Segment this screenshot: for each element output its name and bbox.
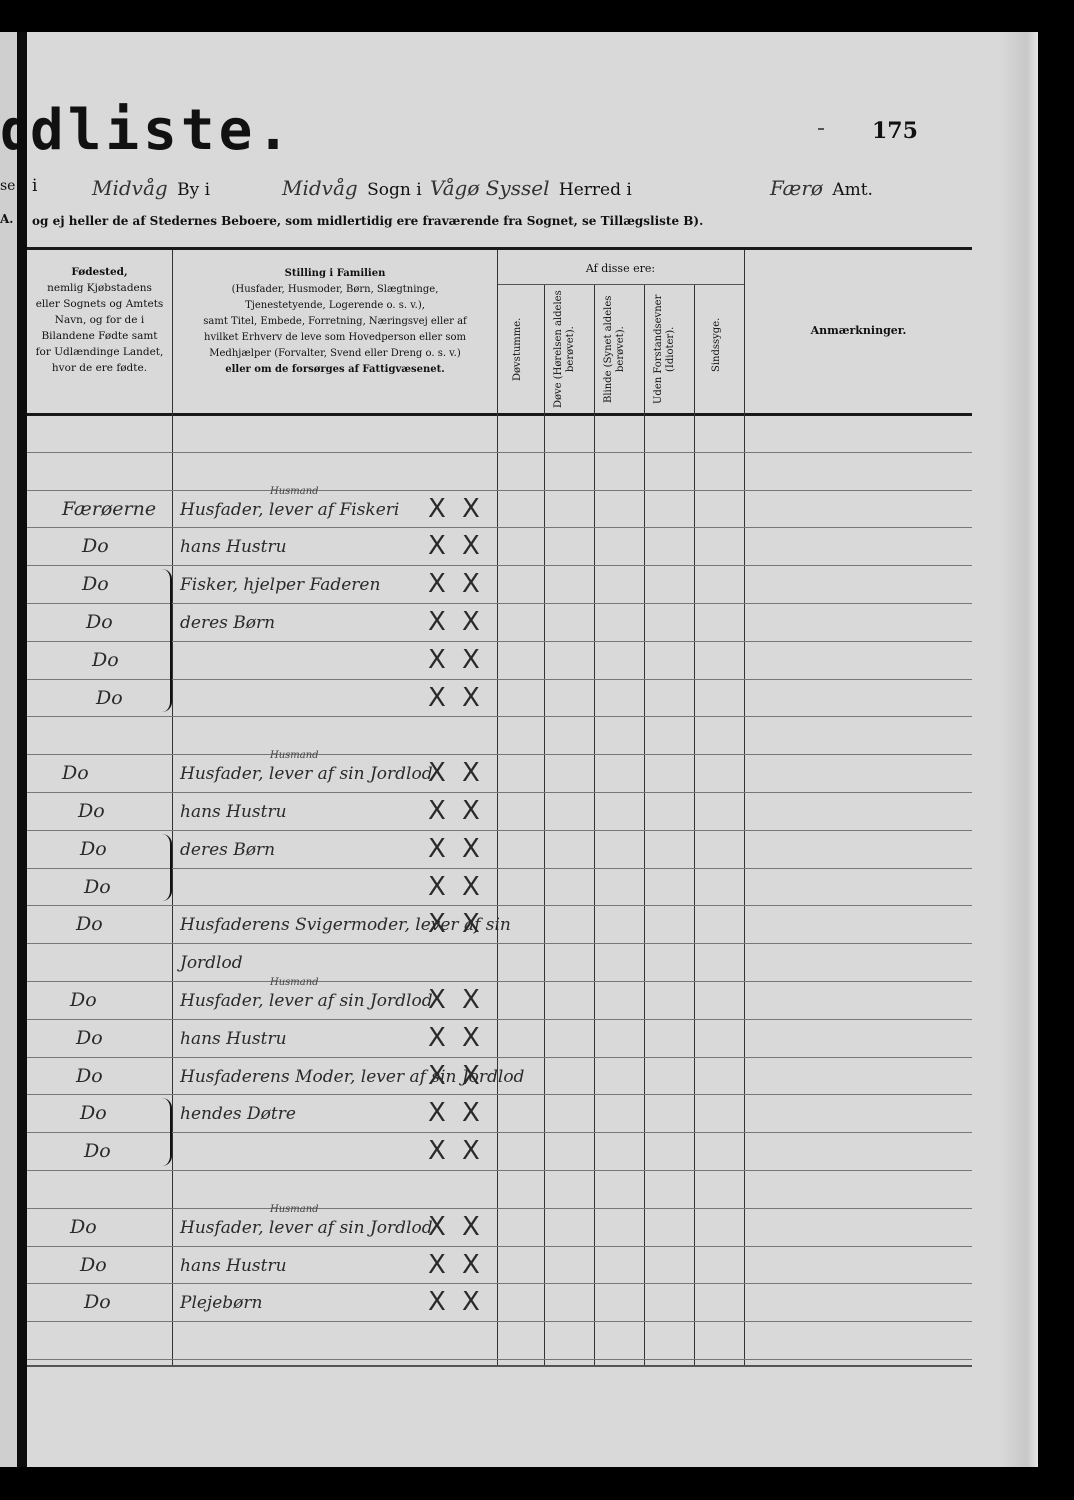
tally-mark: X [462,685,480,711]
tally-mark: X [462,1100,480,1126]
prev-page-fragment: se [0,178,15,194]
by-label: By i [177,180,210,200]
by-value: Midvåg [92,176,168,200]
position-cell: Husfader, lever af sin Jordlod [180,991,433,1011]
row-rule [27,1359,972,1360]
tally-mark: X [428,836,446,862]
header-line: hvor de ere fødte. [52,362,147,374]
header-line: Tjenestetyende, Logerende o. s. v.), [245,300,425,311]
header-condition: Uden Forstandsevner (Idioter). [653,290,683,408]
position-cell: deres Børn [180,840,275,860]
row-rule [27,830,972,831]
row-rule [27,565,972,566]
header-position: Stilling i Familien (Husfader, Husmoder,… [173,266,497,378]
birthplace-cell: Færøerne [62,498,156,520]
header-line: hvilket Erhverv de leve som Hovedperson … [204,332,466,343]
row-rule [27,1321,972,1322]
position-annotation: Husmand [270,486,319,497]
tally-mark: X [428,987,446,1013]
tally-mark: X [428,1063,446,1089]
tally-mark: X [428,1100,446,1126]
header-line: nemlig Kjøbstadens [47,282,152,294]
tally-mark: X [428,533,446,559]
herred-label: Herred i [559,180,632,200]
tally-mark: X [428,874,446,900]
page-edge-shadow [1000,32,1038,1467]
tally-mark: X [462,760,480,786]
tally-mark: X [462,609,480,635]
previous-page-edge [0,32,17,1467]
birthplace-cell: Do [80,1254,107,1276]
row-rule [27,490,972,491]
tally-mark: X [462,1025,480,1051]
prev-page-fragment: A. [0,212,14,226]
tally-mark: X [462,571,480,597]
tally-mark: X [462,1214,480,1240]
row-rule [27,905,972,906]
birthplace-cell: Do [76,1065,103,1087]
header-line: Bilandene Fødte samt [41,330,157,342]
row-rule [27,981,972,982]
tally-mark: X [428,609,446,635]
position-annotation: Husmand [270,977,319,988]
title-prefix-prev-page: d [0,98,17,163]
tally-mark: X [462,1138,480,1164]
birthplace-cell: Do [80,1102,107,1124]
position-annotation: Husmand [270,1204,319,1215]
birthplace-cell: Do [82,573,109,595]
position-cell: Husfader, lever af sin Jordlod [180,764,433,784]
position-cell: Plejebørn [180,1293,262,1313]
header-birthplace-title: Fødested, [71,266,127,278]
position-cell: Fisker, hjelper Faderen [180,575,380,595]
header-line: (Husfader, Husmoder, Børn, Slægtninge, [232,284,439,295]
row-rule [27,1057,972,1058]
header-condition: Blinde (Synet aldeles berøvet). [603,290,633,408]
birthplace-cell: Do [62,762,89,784]
col-divider [644,285,645,1365]
birthplace-cell: Do [86,611,113,633]
sogn-label: Sogn i [367,180,422,200]
col-divider [694,285,695,1365]
birthplace-cell: Do [82,535,109,557]
tally-mark: X [462,874,480,900]
col-divider [497,250,498,1365]
row-rule [27,1019,972,1020]
tally-mark: X [462,533,480,559]
tally-mark: X [462,496,480,522]
position-cell: hans Hustru [180,1029,287,1049]
birthplace-cell: Do [96,687,123,709]
birthplace-cell: Do [70,1216,97,1238]
header-condition: Sindssyge. [711,300,727,390]
grouping-brace [160,569,172,712]
tally-mark: X [428,496,446,522]
position-cell: Husfader, lever af Fiskeri [180,500,399,520]
position-annotation: Husmand [270,750,319,761]
birthplace-cell: Do [84,876,111,898]
col-divider [172,250,173,1365]
birthplace-cell: Do [84,1140,111,1162]
birthplace-cell: Do [92,649,119,671]
dash-mark [818,128,824,130]
row-rule [27,754,972,755]
position-cell: Jordlod [180,953,243,973]
header-line: Navn, og for de i [55,314,144,326]
location-amt: Færø Amt. [770,176,873,200]
row-rule [27,1283,972,1284]
tally-mark: X [462,911,480,937]
tally-mark: X [428,760,446,786]
header-bottom-rule [27,413,972,416]
row-rule [27,1246,972,1247]
page-title: dliste. [30,98,294,163]
header-line: samt Titel, Embede, Forretning, Næringsv… [203,316,466,327]
birthplace-cell: Do [70,989,97,1011]
tally-mark: X [462,647,480,673]
position-cell: hans Hustru [180,802,287,822]
tally-mark: X [428,647,446,673]
header-condition: Døve (Hørelsen aldeles berøvet). [553,290,583,408]
col-divider [544,285,545,1365]
row-rule [27,452,972,453]
amt-label: Amt. [832,180,873,200]
row-rule [27,1094,972,1095]
tally-mark: X [462,836,480,862]
header-position-title: Stilling i Familien [285,268,386,279]
sogn-value: Midvåg [282,176,358,200]
tally-mark: X [428,1214,446,1240]
tally-mark: X [428,1289,446,1315]
position-cell: hendes Døtre [180,1104,296,1124]
row-rule [27,1170,972,1171]
binding-spine [17,32,27,1467]
row-rule [27,943,972,944]
tally-mark: X [428,1138,446,1164]
page-number: 175 [872,118,918,144]
amt-value: Færø [770,176,823,200]
tally-mark: X [462,798,480,824]
grouping-brace [160,834,172,902]
birthplace-cell: Do [80,838,107,860]
header-af-disse-ere: Af disse ere: [497,261,744,277]
header-line: for Udlændinge Landet, [36,346,164,358]
birthplace-cell: Do [78,800,105,822]
tally-mark: X [462,1289,480,1315]
col-divider [744,250,745,1365]
position-cell: hans Hustru [180,1256,287,1276]
header-top-rule [27,247,972,250]
header-line: Medhjælper (Forvalter, Svend eller Dreng… [209,348,460,359]
tally-mark: X [428,1252,446,1278]
row-rule [27,716,972,717]
location-sogn: Midvåg Sogn i [282,176,422,200]
af-disse-rule [497,284,744,285]
location-prefix: i [32,176,37,196]
col-divider [594,285,595,1365]
header-condition: Døvstumme. [512,292,528,407]
row-rule [27,792,972,793]
tally-mark: X [428,571,446,597]
tally-mark: X [428,911,446,937]
tally-mark: X [462,1063,480,1089]
tally-mark: X [428,1025,446,1051]
row-rule [27,1208,972,1209]
position-cell: Husfader, lever af sin Jordlod [180,1218,433,1238]
birthplace-cell: Do [84,1291,111,1313]
row-rule [27,527,972,528]
header-remarks: Anmærkninger. [745,323,972,339]
tally-mark: X [428,798,446,824]
birthplace-cell: Do [76,1027,103,1049]
position-cell: deres Børn [180,613,275,633]
grouping-brace [160,1098,172,1166]
herred-value: Vågø Syssel [430,176,550,200]
birthplace-cell: Do [76,913,103,935]
location-herred: Vågø Syssel Herred i [430,176,632,200]
tally-mark: X [428,685,446,711]
subtitle-note: og ej heller de af Stedernes Beboere, so… [32,214,703,228]
header-line: eller om de forsørges af Fattigvæsenet. [225,364,445,375]
header-line: eller Sognets og Amtets [36,298,164,310]
header-birthplace: Fødested, nemlig Kjøbstadens eller Sogne… [27,264,172,376]
tally-mark: X [462,1252,480,1278]
tally-mark: X [462,987,480,1013]
position-cell: hans Hustru [180,537,287,557]
table-bottom-rule [27,1365,972,1367]
location-by: Midvåg By i [92,176,210,200]
